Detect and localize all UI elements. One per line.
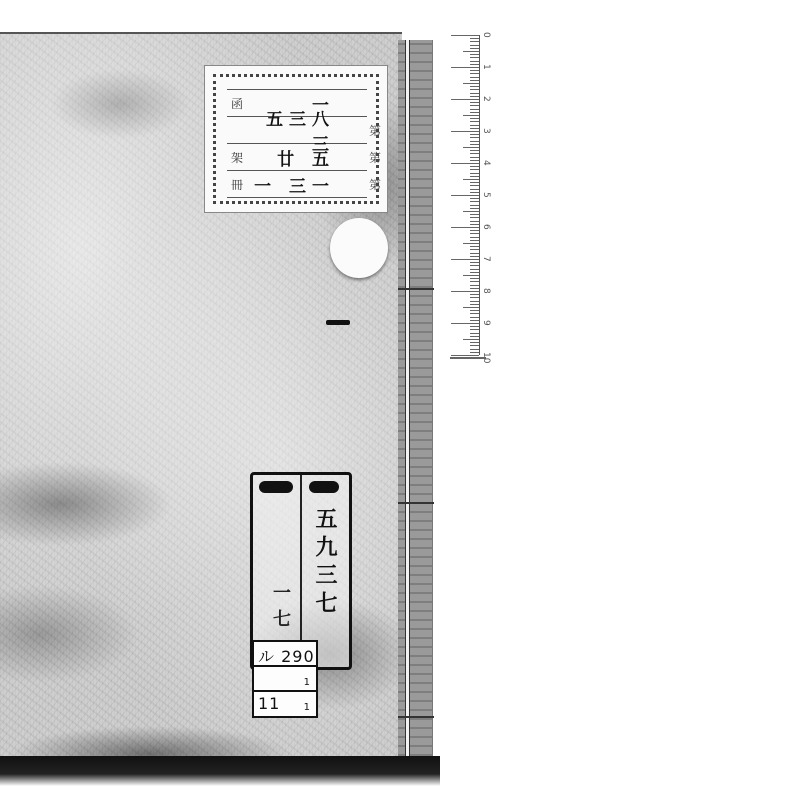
ruler-tick	[451, 355, 479, 356]
ruler-tick	[470, 173, 479, 174]
ruler-tick	[470, 342, 479, 343]
ruler-tick	[470, 301, 479, 302]
ruler-tick	[470, 169, 479, 170]
ruler-tick	[470, 182, 479, 183]
ruler-tick	[451, 291, 479, 292]
call-number-text: 11	[258, 694, 280, 713]
ink-smudge	[259, 481, 293, 493]
ruler-tick	[463, 243, 479, 244]
ruler-tick	[470, 265, 479, 266]
ruler-tick	[470, 137, 479, 138]
ruler-tick	[470, 208, 479, 209]
ruler-tick	[470, 185, 479, 186]
ruler-tick	[470, 45, 479, 46]
ruler-tick	[463, 339, 479, 340]
ruler-tick	[470, 61, 479, 62]
ruler-tick	[470, 278, 479, 279]
ruler-label: 10	[481, 352, 491, 363]
ruler-tick	[470, 269, 479, 270]
ruler-label: 5	[481, 192, 491, 198]
label-prefix: 架	[231, 149, 243, 166]
binding-stitch	[398, 502, 434, 504]
ruler-tick	[470, 144, 479, 145]
call-number-row: 11 1	[254, 692, 316, 715]
ruler-tick	[470, 125, 479, 126]
ruler-tick	[470, 304, 479, 305]
ink-smudge	[309, 481, 339, 493]
ruler-tick	[470, 281, 479, 282]
ruler-tick	[463, 179, 479, 180]
ruler-tick	[470, 153, 479, 154]
ruler-tick	[451, 195, 479, 196]
ruler-tick	[470, 221, 479, 222]
binding-thread-line	[405, 40, 410, 756]
ink-mark	[326, 320, 350, 325]
label-value: 廿 五	[253, 145, 335, 170]
ruler-tick	[470, 77, 479, 78]
call-number-box: ル 290 1 11 1	[252, 640, 318, 718]
ruler-label: 6	[481, 224, 491, 230]
ruler-tick	[463, 275, 479, 276]
ruler-tick	[470, 150, 479, 151]
ruler-tick	[451, 163, 479, 164]
round-sticker	[330, 218, 388, 278]
title-text-left: 一七	[259, 583, 293, 635]
ruler-tick	[470, 345, 479, 346]
ruler-tick	[470, 288, 479, 289]
ruler-tick	[470, 160, 479, 161]
ruler-tick	[451, 67, 479, 68]
title-divider	[300, 475, 302, 667]
ruler-tick	[470, 262, 479, 263]
ruler-tick	[470, 38, 479, 39]
ruler-tick	[451, 227, 479, 228]
call-number-row: ル 290	[254, 642, 316, 667]
book-spine-edge	[398, 40, 433, 756]
ruler-tick	[470, 253, 479, 254]
book-shadow	[0, 756, 440, 786]
ruler-tick	[463, 115, 479, 116]
ruler-tick	[470, 198, 479, 199]
ruler-tick	[463, 147, 479, 148]
ruler-label: 0	[481, 32, 491, 38]
ruler-tick	[470, 294, 479, 295]
ruler-label: 8	[481, 288, 491, 294]
ruler-tick	[470, 157, 479, 158]
ruler-tick	[470, 41, 479, 42]
ruler-label: 7	[481, 256, 491, 262]
label-row: 冊 一 三一 第	[227, 171, 367, 198]
ruler-tick	[470, 93, 479, 94]
library-label: 函 一 五三八 三 第 架 廿 五 第 冊 一 三一 第	[205, 66, 387, 212]
ruler-tick	[470, 192, 479, 193]
label-suffix: 第	[369, 176, 381, 193]
label-row: 架 廿 五 第	[227, 144, 367, 171]
ruler-tick	[470, 230, 479, 231]
ruler-tick	[470, 310, 479, 311]
ruler-tick	[470, 224, 479, 225]
ruler-tick	[451, 259, 479, 260]
ruler-tick	[470, 240, 479, 241]
ruler-tick	[451, 99, 479, 100]
ruler-tick	[470, 80, 479, 81]
binding-stitch	[398, 288, 434, 290]
call-number-row: 1	[254, 667, 316, 692]
ruler-tick	[470, 134, 479, 135]
ruler-tick	[470, 102, 479, 103]
ruler-tick	[470, 54, 479, 55]
call-number-tick: 1	[304, 677, 310, 688]
ruler-label: 9	[481, 320, 491, 326]
ruler-tick	[470, 70, 479, 71]
ruler-tick	[470, 121, 479, 122]
ruler-tick	[470, 96, 479, 97]
ruler-tick	[470, 297, 479, 298]
ruler-tick	[463, 51, 479, 52]
ruler-tick	[470, 112, 479, 113]
ruler-tick	[463, 211, 479, 212]
ruler-tick	[470, 333, 479, 334]
ruler-tick	[470, 86, 479, 87]
label-suffix: 第	[369, 122, 381, 139]
ruler-tick	[470, 246, 479, 247]
ruler-tick	[463, 83, 479, 84]
call-number-text: ル 290	[258, 644, 315, 667]
ruler-label: 3	[481, 128, 491, 134]
ruler-label: 2	[481, 96, 491, 102]
ruler-spine	[479, 35, 480, 355]
ruler-tick	[470, 237, 479, 238]
ruler-tick	[470, 189, 479, 190]
ruler-tick	[470, 317, 479, 318]
ruler-tick	[470, 128, 479, 129]
ruler-tick	[470, 272, 479, 273]
ruler-tick	[470, 313, 479, 314]
ruler-tick	[451, 323, 479, 324]
ruler-tick	[470, 118, 479, 119]
call-number-tick: 1	[304, 702, 310, 713]
ruler-tick	[451, 35, 479, 36]
ruler-tick	[470, 109, 479, 110]
binding-stitch	[398, 716, 434, 718]
ruler-tick	[470, 64, 479, 65]
ruler-tick	[470, 166, 479, 167]
ruler-tick	[470, 48, 479, 49]
ruler-tick	[470, 352, 479, 353]
ruler-tick	[470, 320, 479, 321]
ruler-tick	[463, 307, 479, 308]
ruler-tick	[470, 349, 479, 350]
label-value: 一 三一	[253, 172, 335, 197]
ruler-tick	[470, 73, 479, 74]
label-prefix: 冊	[231, 176, 243, 193]
ruler-tick	[470, 329, 479, 330]
ruler-tick	[470, 141, 479, 142]
ruler-tick	[470, 285, 479, 286]
label-prefix: 函	[231, 95, 243, 112]
ruler-tick	[451, 131, 479, 132]
ruler-tick	[470, 233, 479, 234]
ruler-tick	[470, 205, 479, 206]
ruler-tick	[470, 336, 479, 337]
ruler-tick	[470, 256, 479, 257]
label-table: 函 一 五三八 三 第 架 廿 五 第 冊 一 三一 第	[227, 89, 367, 198]
ruler-tick	[470, 214, 479, 215]
ruler-tick	[470, 217, 479, 218]
ruler-tick	[470, 249, 479, 250]
ruler-label: 4	[481, 160, 491, 166]
ruler-tick	[470, 176, 479, 177]
ruler-label: 1	[481, 64, 491, 70]
ruler-tick	[470, 105, 479, 106]
title-text-right: 五九三七	[307, 507, 341, 619]
ruler-tick	[470, 326, 479, 327]
ruler-tick	[470, 57, 479, 58]
label-row: 五三八 三 第	[227, 117, 367, 144]
ruler-tick	[470, 89, 479, 90]
label-suffix: 第	[369, 149, 381, 166]
scale-ruler: 012345678910	[450, 35, 486, 361]
ruler-tick	[470, 201, 479, 202]
